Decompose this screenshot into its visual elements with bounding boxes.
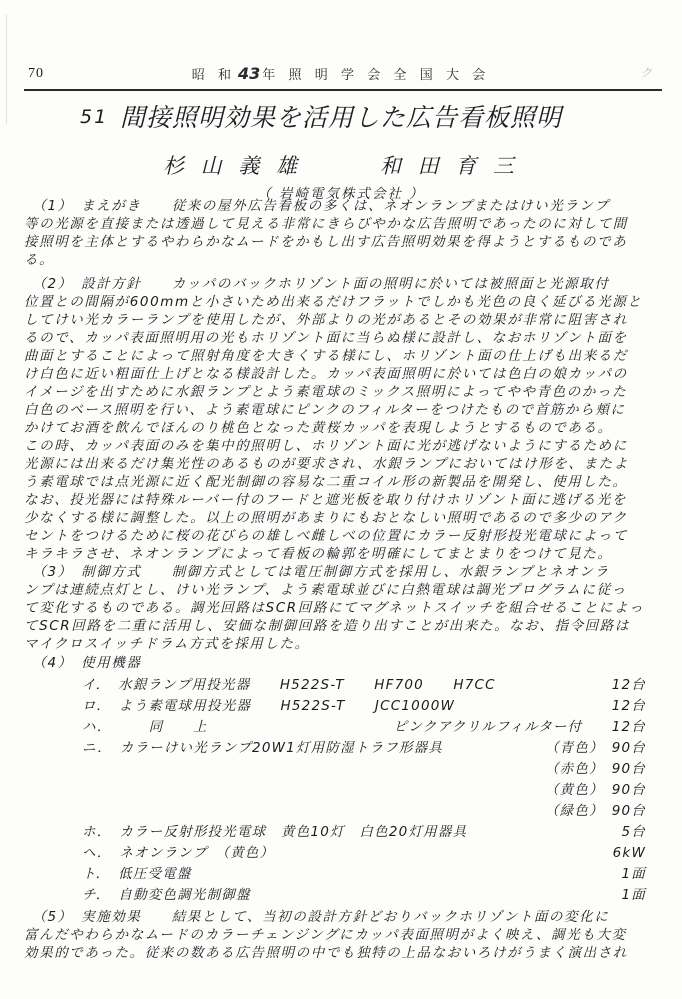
- equipment-label: ニ． カラーけい光ランプ20W1灯用防湿トラフ形器具: [82, 738, 443, 759]
- equipment-row: イ． 水銀ランプ用投光器 H522S-T HF700 H7CC 12台: [82, 675, 646, 696]
- handwritten-line: キラキラさせ、ネオンランプによって看板の輪郭を明確にしてまとまりをつけて見た。: [24, 545, 664, 563]
- paragraph-seigyo-hoshiki: （3） 制御方式 制御方式としては電圧制御方式を採用し、水銀ランプとネオンランプ…: [24, 563, 664, 653]
- equipment-quantity: （緑色） 90台: [545, 801, 646, 822]
- equipment-row: （黄色） 90台: [82, 780, 646, 801]
- handwritten-line: ンプは連続点灯とし、けい光ランプ、よう素電球並びに白熱電球は調光プログラムに従っ: [24, 581, 664, 599]
- equipment-row: ニ． カラーけい光ランプ20W1灯用防湿トラフ形器具 （青色） 90台: [82, 738, 646, 759]
- handwritten-line: う素電球では点光源に近く配光制御の容易な二重コイル形の新製品を開発し、使用した。: [24, 473, 664, 491]
- equipment-label: チ． 自動変色調光制御盤: [82, 885, 251, 906]
- equipment-label: イ． 水銀ランプ用投光器 H522S-T HF700 H7CC: [82, 675, 496, 696]
- equipment-quantity: 6kW: [613, 843, 646, 864]
- handwritten-line: 接照明を主体とするやわらかなムードをかもし出す広告照明効果を得ようとするものであ: [24, 233, 664, 251]
- corner-pencil-mark: ク: [640, 64, 652, 81]
- handwritten-line: （1） まえがき 従来の屋外広告看板の多くは、ネオンランプまたはけい光ランプ: [24, 197, 664, 215]
- handwritten-line: 効果的であった。従来の数ある広告照明の中でも独特の上品なおいろけがうまく演出され: [24, 944, 664, 962]
- equipment-list: イ． 水銀ランプ用投光器 H522S-T HF700 H7CC 12台 ロ． よ…: [82, 675, 646, 906]
- author-names: 杉 山 義 雄 和 田 育 三: [0, 150, 682, 180]
- paragraph-jisshi-koka: （5） 実施効果 結果として、当初の設計方針どおりバックホリゾント面の変化に富ん…: [24, 908, 664, 962]
- equipment-label: ロ． よう素電球用投光器 H522S-T JCC1000W: [82, 696, 455, 717]
- handwritten-line: してけい光カラーランプを使用したが、外部よりの光があるとその効果が非常に阻害され: [24, 311, 664, 329]
- equipment-row: ト． 低圧受電盤 1面: [82, 864, 646, 885]
- handwritten-line: 曲面とすることによって照射角度を大きくする様にし、ホリゾント面の仕上げも出来るだ: [24, 347, 664, 365]
- conference-title: 昭 和43年 照 明 学 会 全 国 大 会: [0, 64, 682, 83]
- handwritten-line: （3） 制御方式 制御方式としては電圧制御方式を採用し、水銀ランプとネオンラ: [24, 563, 664, 581]
- page-header: 70 昭 和43年 照 明 学 会 全 国 大 会 ク: [0, 64, 682, 86]
- handwritten-line: 少なくする様に調整した。以上の照明があまりにもおとなしい照明であるので多少のアク: [24, 509, 664, 527]
- equipment-quantity: （黄色） 90台: [545, 780, 646, 801]
- handwritten-line: この時、カッパ表面のみを集中的照明し、ホリゾント面に光が逃げないようにするために: [24, 437, 664, 455]
- handwritten-line: マイクロスイッチドラム方式を採用した。: [24, 635, 664, 653]
- scanned-document-page: 70 昭 和43年 照 明 学 会 全 国 大 会 ク 51 間接照明効果を活用…: [0, 0, 682, 999]
- handwritten-line: 位置との間隔が600mmと小さいため出来るだけフラットでしかも光色の良く延びる光…: [24, 293, 664, 311]
- conference-title-era: 昭 和: [192, 67, 236, 82]
- handwritten-line: け白色に近い粗面仕上げとなる様設計した。カッパ表面照明に於いては色白の娘カッパの: [24, 365, 664, 383]
- byline: 杉 山 義 雄 和 田 育 三 （ 岩崎電気株式会社 ）: [0, 150, 682, 202]
- equipment-quantity: 12台: [612, 696, 646, 717]
- handwritten-line: （5） 実施効果 結果として、当初の設計方針どおりバックホリゾント面の変化に: [24, 908, 664, 926]
- handwritten-line: 等の光源を直接または透過して見える非常にきらびやかな広告照明であったのに対して間: [24, 215, 664, 233]
- handwritten-line: て変化するものである。調光回路はSCR回路にてマグネットスイッチを組合せることに…: [24, 599, 664, 617]
- equipment-row: ロ． よう素電球用投光器 H522S-T JCC1000W 12台: [82, 696, 646, 717]
- article-header: 51 間接照明効果を活用した広告看板照明: [0, 98, 682, 134]
- handwritten-line: 光源には出来るだけ集光性のあるものが要求され、水銀ランプにおいてはけ形を、またよ: [24, 455, 664, 473]
- equipment-label: ホ． カラー反射形投光電球 黄色10灯 白色20灯用器具: [82, 822, 467, 843]
- equipment-quantity: 5台: [622, 822, 647, 843]
- handwritten-line: てSCR回路を二重に活用し、安価な制御回路を造り出すことが出来た。なお、指令回路…: [24, 617, 664, 635]
- equipment-row: ハ． 同 上 ピンクアクリルフィルター付 12台: [82, 717, 646, 738]
- equipment-quantity: ピンクアクリルフィルター付 12台: [394, 717, 646, 738]
- page-number: 70: [28, 66, 44, 82]
- equipment-label: ト． 低圧受電盤: [82, 864, 192, 885]
- equipment-row: チ． 自動変色調光制御盤 1面: [82, 885, 646, 906]
- equipment-label: ヘ． ネオンランプ （黄色）: [82, 843, 274, 864]
- body-text: （1） まえがき 従来の屋外広告看板の多くは、ネオンランプまたはけい光ランプ等の…: [24, 197, 664, 962]
- paragraph-maegaki: （1） まえがき 従来の屋外広告看板の多くは、ネオンランプまたはけい光ランプ等の…: [24, 197, 664, 269]
- handwritten-line: （2） 設計方針 カッパのバックホリゾント面の照明に於いては被照面と光源取付: [24, 275, 664, 293]
- article-number: 51: [80, 106, 108, 128]
- handwritten-line: 富んだやわらかなムードのカラーチェンジングにカッパ表面照明がよく映え、調光も大変: [24, 926, 664, 944]
- header-rule: [24, 89, 662, 91]
- equipment-quantity: 1面: [622, 885, 647, 906]
- conference-title-rest: 年 照 明 学 会 全 国 大 会: [262, 67, 490, 82]
- handwritten-line: 白色のベース照明を行い、よう素電球にピンクのフィルターをつけたもので首筋から頬に: [24, 401, 664, 419]
- handwritten-line: なお、投光器には特殊ルーバー付のフードと遮光板を取り付けホリゾント面に逃げる光を: [24, 491, 664, 509]
- handwritten-line: かけてお酒を飲んでほんのり桃色となった黄桜カッパを表現しようとするものである。: [24, 419, 664, 437]
- handwritten-line: るので、カッパ表面照明用の光もホリゾント面に当らぬ様に設計し、なおホリゾント面を: [24, 329, 664, 347]
- handwritten-year: 43: [236, 64, 262, 83]
- paragraph-sekkei-hoshin: （2） 設計方針 カッパのバックホリゾント面の照明に於いては被照面と光源取付位置…: [24, 275, 664, 563]
- handwritten-line: セントをつけるために桜の花びらの雄しべ雌しべの位置にカラー反射形投光電球によって: [24, 527, 664, 545]
- handwritten-line: る。: [24, 251, 664, 269]
- equipment-row: ホ． カラー反射形投光電球 黄色10灯 白色20灯用器具 5台: [82, 822, 646, 843]
- equipment-quantity: 12台: [612, 675, 646, 696]
- equipment-quantity: （青色） 90台: [545, 738, 646, 759]
- handwritten-line: イメージを出すために水銀ランプとよう素電球のミックス照明によってやや青色のかった: [24, 383, 664, 401]
- equipment-quantity: （赤色） 90台: [545, 759, 646, 780]
- equipment-label: ハ． 同 上: [82, 717, 208, 738]
- equipment-row: ヘ． ネオンランプ （黄色） 6kW: [82, 843, 646, 864]
- equipment-row: （緑色） 90台: [82, 801, 646, 822]
- equipment-quantity: 1面: [622, 864, 647, 885]
- equipment-row: （赤色） 90台: [82, 759, 646, 780]
- section-heading-shiyokiki: （4） 使用機器: [24, 653, 664, 673]
